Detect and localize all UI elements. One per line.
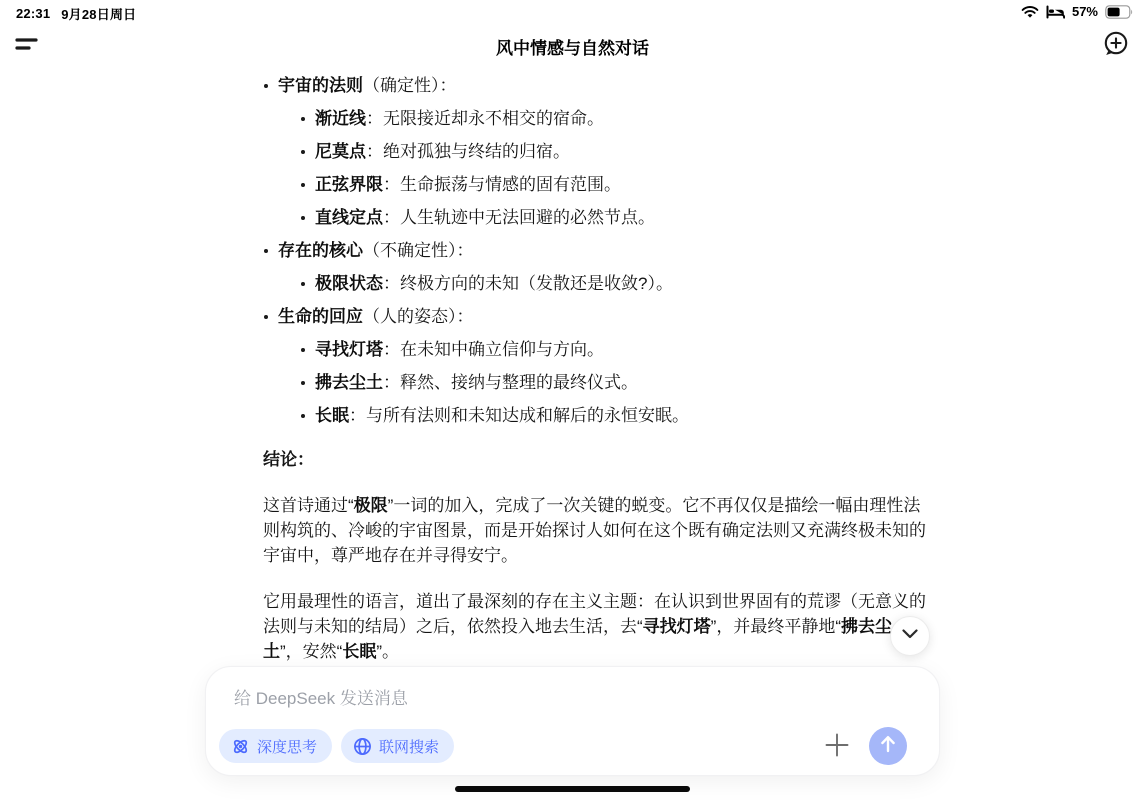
deep-think-toggle[interactable]: 深度思考	[219, 729, 332, 763]
status-date: 9月28日周日	[61, 4, 136, 23]
page-title: 风中情感与自然对话	[0, 34, 1145, 59]
bullet-dot	[264, 249, 268, 253]
list-item: 渐近线：无限接近却永不相交的宿命。	[300, 107, 927, 131]
message-composer: 给 DeepSeek 发送消息 深度思考	[205, 666, 940, 776]
composer-toggles: 深度思考 联网搜索	[219, 729, 454, 763]
list-item: 存在的核心（不确定性）：	[263, 239, 927, 263]
list-item: 正弦界限：生命振荡与情感的固有范围。	[300, 173, 927, 197]
list-item: 宇宙的法则（确定性）：	[263, 74, 927, 98]
globe-icon	[353, 737, 372, 756]
home-indicator[interactable]	[455, 786, 690, 792]
status-time: 22:31	[16, 6, 50, 21]
bullet-dot	[301, 381, 305, 385]
list-item: 直线定点：人生轨迹中无法回避的必然节点。	[300, 206, 927, 230]
conclusion-paragraph-2: 它用最理性的语言，道出了最深刻的存在主义主题：在认识到世界固有的荒谬（无意义的法…	[263, 589, 927, 664]
deepthink-atom-icon	[231, 737, 250, 756]
deep-think-label: 深度思考	[257, 736, 317, 757]
send-button[interactable]	[869, 727, 907, 765]
bullet-dot	[301, 117, 305, 121]
deepseek-chat-screen: 22:31 9月28日周日 57%	[0, 0, 1145, 800]
bullet-dot	[301, 150, 305, 154]
header: 风中情感与自然对话	[0, 24, 1145, 66]
bullet-dot	[301, 282, 305, 286]
list-item: 拂去尘土：释然、接纳与整理的最终仪式。	[300, 371, 927, 395]
attach-plus-icon[interactable]	[823, 731, 851, 759]
scroll-to-bottom-button[interactable]	[890, 616, 930, 656]
web-search-label: 联网搜索	[379, 736, 439, 757]
status-bar: 22:31 9月28日周日 57%	[0, 0, 1145, 24]
sleep-focus-bed-icon	[1046, 5, 1065, 19]
battery-icon	[1105, 5, 1133, 19]
wifi-icon	[1021, 5, 1039, 19]
list-item: 尼莫点：绝对孤独与终结的归宿。	[300, 140, 927, 164]
bullet-dot	[301, 183, 305, 187]
list-item: 生命的回应（人的姿态）：	[263, 305, 927, 329]
list-item: 极限状态：终极方向的未知（发散还是收敛?）。	[300, 272, 927, 296]
message-input[interactable]: 给 DeepSeek 发送消息	[234, 684, 911, 710]
bullet-dot	[301, 414, 305, 418]
battery-percent: 57%	[1072, 4, 1098, 19]
web-search-toggle[interactable]: 联网搜索	[341, 729, 454, 763]
chevron-down-icon	[901, 627, 919, 645]
bullet-list: 宇宙的法则（确定性）：渐近线：无限接近却永不相交的宿命。尼莫点：绝对孤独与终结的…	[263, 74, 927, 428]
bullet-dot	[264, 84, 268, 88]
new-chat-icon[interactable]	[1101, 29, 1131, 59]
bullet-dot	[301, 216, 305, 220]
bullet-dot	[301, 348, 305, 352]
conclusion-heading: 结论：	[263, 448, 927, 472]
bullet-dot	[264, 315, 268, 319]
assistant-message: 宇宙的法则（确定性）：渐近线：无限接近却永不相交的宿命。尼莫点：绝对孤独与终结的…	[263, 74, 927, 664]
list-item: 寻找灯塔：在未知中确立信仰与方向。	[300, 338, 927, 362]
list-item: 长眠：与所有法则和未知达成和解后的永恒安眠。	[300, 404, 927, 428]
arrow-up-icon	[879, 734, 897, 759]
conclusion-paragraph-1: 这首诗通过“极限”一词的加入，完成了一次关键的蜕变。它不再仅仅是描绘一幅由理性法…	[263, 493, 927, 568]
